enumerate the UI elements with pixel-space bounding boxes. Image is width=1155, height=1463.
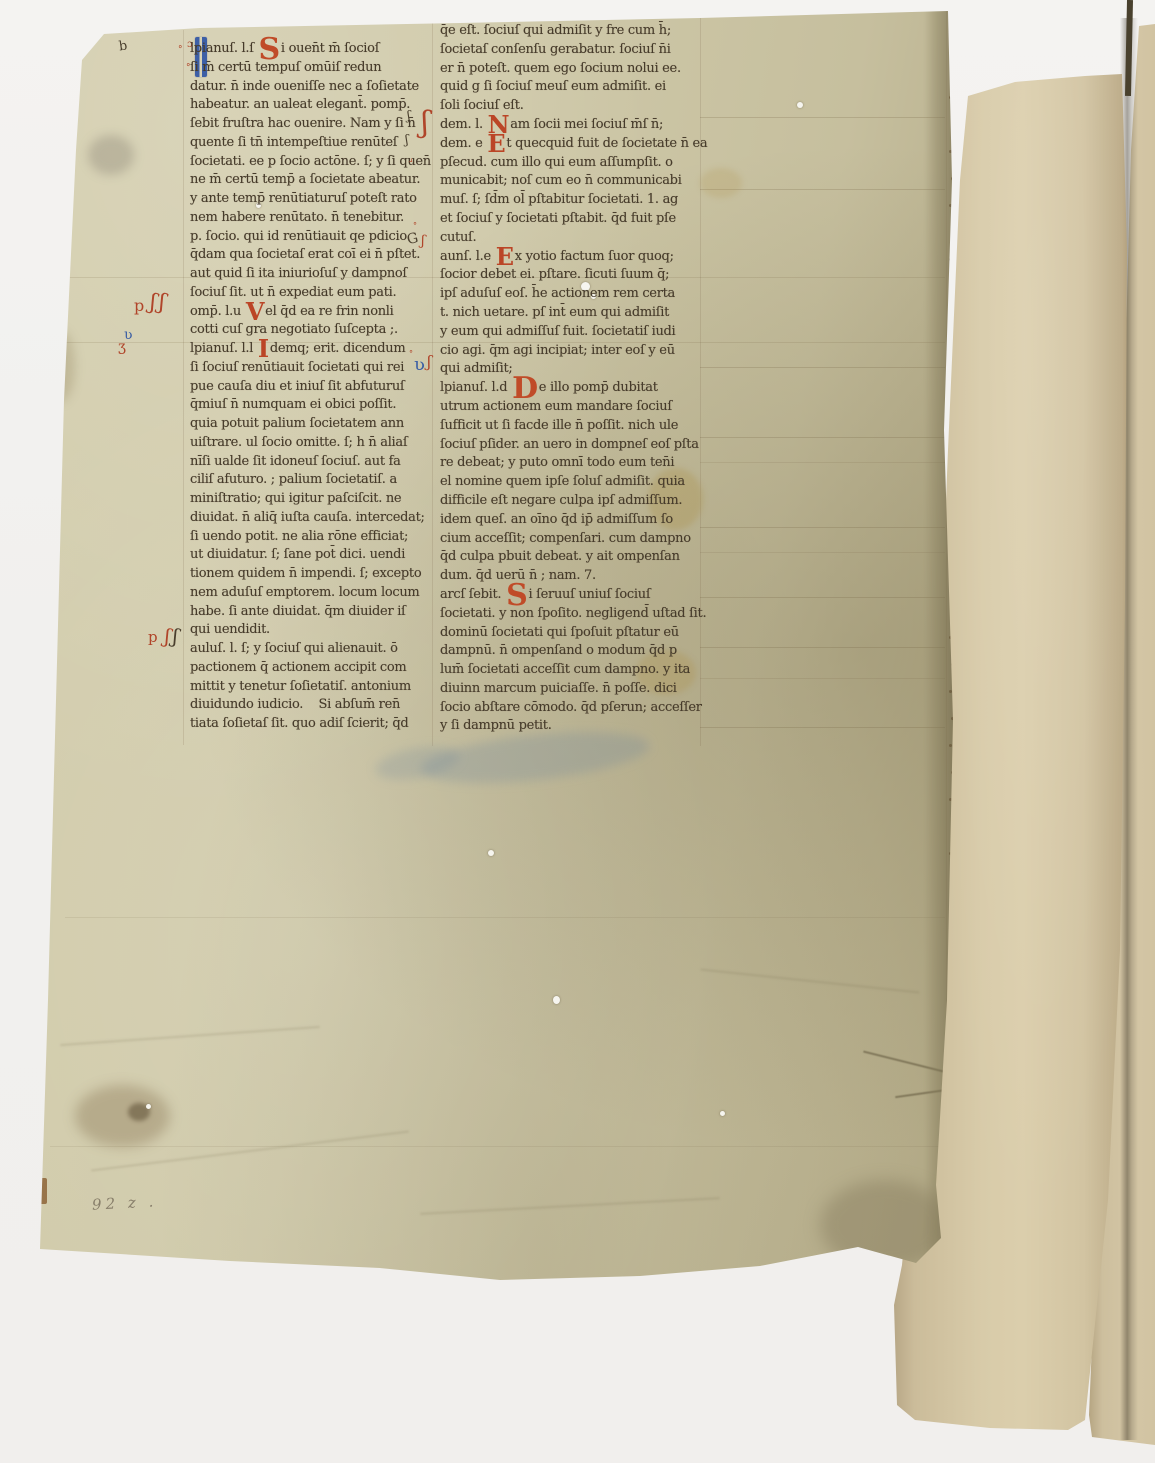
text-segment: demq; erit. dicendum: [270, 341, 406, 356]
text-segment: mittit y tenetur ſoſietatiſ. antonium: [190, 679, 411, 694]
prick-hole: [949, 204, 952, 207]
manuscript-text-line: utrum actionem eum mandare ſociuſ: [440, 398, 698, 417]
text-segment: pactionem q̄ actionem accipit com: [190, 660, 406, 675]
paraph-mark: °: [413, 222, 417, 230]
manuscript-text-line: lpianuſ. l.d De illo pomp̄ dubitat: [440, 379, 698, 398]
text-segment: dem. e: [440, 136, 486, 151]
manuscript-text-line: nem aduſuſ emptorem. locum locum: [190, 584, 442, 603]
prick-hole: [949, 150, 952, 153]
text-segment: t quecquid fuit de ſocietate n̄ ea: [506, 136, 707, 151]
ruling-line: [700, 597, 945, 598]
manuscript-text-line: ſociuſ pſider. an uero in dompneſ eoſ pſ…: [440, 436, 698, 455]
text-segment: ciliſ afuturo. ; palium ſocietatiſ. a: [190, 472, 397, 487]
trimmed-top-line: quoſq; uſtertionū prime.: [212, 12, 364, 38]
text-segment: dem. l.: [440, 117, 487, 132]
text-segment: dominū ſocietati qui ſpoſuit pſtatur eū: [440, 625, 679, 640]
manuscript-text-line: pactionem q̄ actionem accipit com: [190, 659, 442, 678]
manuscript-text-line: ciliſ afuturo. ; palium ſocietatiſ. a: [190, 471, 442, 490]
manuscript-text-line: ſoli ſociuſ eſt.: [440, 97, 698, 116]
text-segment: ſociuſ pſider. an uero in dompneſ eoſ pſ…: [440, 437, 699, 452]
manuscript-text-line: diuinn marcum puiciaſſe. n̄ poſſe. dici: [440, 680, 698, 699]
text-segment: e illo pomp̄ dubitat: [539, 380, 658, 395]
manuscript-text-line: diuidundo iudicio. Si abſum̄ ren̄: [190, 696, 442, 715]
prick-hole: [949, 744, 952, 747]
manuscript-text-line: q̄miuſ n̄ numquam ei obici poſſit.: [190, 396, 442, 415]
ruling-line: [50, 1146, 940, 1147]
manuscript-text-line: qui admiſit;: [440, 360, 698, 379]
manuscript-text-line: municabit; noſ cum eo n̄ communicabi: [440, 172, 698, 191]
text-segment: utrum actionem eum mandare ſociuſ: [440, 399, 672, 414]
text-segment: x yotio factum ſuor quoq;: [515, 249, 674, 264]
paraph-mark: ʋ: [124, 328, 133, 342]
text-segment: lpianuſ. l.ſ: [190, 41, 258, 56]
manuscript-text-line: cium acceſſit; compenſari. cum dampno: [440, 530, 698, 549]
manuscript-text-line: ſocietaſ conſenſu gerabatur. ſociuſ n̄i: [440, 41, 698, 60]
text-segment: q̄d culpa pbuit debeat. y ait ompenſan: [440, 549, 680, 564]
text-segment: ſi m̄ certū tempuſ omūiſ redun: [190, 60, 381, 75]
text-segment: pue cauſa diu et iniuſ ſit abfuturuſ: [190, 379, 404, 394]
text-segment: ſoli ſociuſ eſt.: [440, 98, 524, 113]
text-segment: nem habere renūtato. n̄ tenebitur.: [190, 210, 404, 225]
manuscript-text-line: q̄dam qua ſocietaſ erat coī ei n̄ pſtet.: [190, 246, 442, 265]
text-segment: ſi ſociuſ renūtiauit ſocietati qui rei: [190, 360, 404, 375]
prick-hole: [951, 285, 954, 288]
text-segment: arcſ ſebit.: [440, 587, 505, 602]
paraph-mark: b: [118, 39, 128, 53]
stain: [45, 330, 75, 402]
text-segment: ſociuſ ſit. ut n̄ expediat eum pati.: [190, 285, 396, 300]
pencil-inscription: 92 z .: [92, 1192, 158, 1213]
manuscript-text-line: pue cauſa diu et iniuſ ſit abfuturuſ: [190, 378, 442, 397]
manuscript-text-line: dum. q̄d uerū n̄ ; nam. 7.: [440, 567, 698, 586]
manuscript-text-line: q̄d culpa pbuit debeat. y ait ompenſan: [440, 548, 698, 567]
text-segment: lpianuſ. l.d: [440, 380, 511, 395]
manuscript-text-line: el nomine quem ipſe ſoluſ admiſit. quia: [440, 473, 698, 492]
text-segment: el q̄d ea re frin nonli: [265, 304, 393, 319]
text-segment: q̄dam qua ſocietaſ erat coī ei n̄ pſtet.: [190, 247, 420, 262]
manuscript-text-line: lpianuſ. l.l Idemq; erit. dicendum: [190, 340, 442, 359]
text-segment: diuinn marcum puiciaſſe. n̄ poſſe. dici: [440, 681, 677, 696]
manuscript-text-line: idem queſ. an oīno q̄d ip̄ admiſſum ſo: [440, 511, 698, 530]
text-segment: re debeat; y puto omnī todo eum ten̄i: [440, 455, 674, 470]
crease: [420, 1197, 720, 1215]
manuscript-text-line: ſocietati. ee p ſocio actōne. ſ; y ſi qu…: [190, 153, 442, 172]
text-segment: qui admiſit;: [440, 361, 513, 376]
manuscript-text-line: ſociuſ ſit. ut n̄ expediat eum pati.: [190, 284, 442, 303]
manuscript-text-line: quia potuit palium ſocietatem ann: [190, 415, 442, 434]
prick-hole: [949, 312, 952, 315]
stain: [88, 135, 134, 175]
manuscript-text-line: y eum qui admiſſuſ fuit. ſocietatiſ iudi: [440, 323, 698, 342]
manuscript-text-line: arcſ ſebit. Si ſeruuſ uniuſ ſociuſ: [440, 586, 698, 605]
ruling-line: [700, 367, 945, 368]
manuscript-text-line: et ſociuſ y ſocietati pſtabit. q̄d fuit …: [440, 210, 698, 229]
manuscript-text-line: tiata ſoſietaſ ſit. quo adiſ ſcierit; q̄…: [190, 715, 442, 734]
text-segment: qui uendidit.: [190, 622, 270, 637]
edge-stain-tab: [34, 1178, 47, 1204]
manuscript-text-line: ipſ aduſuſ eoſ. h̄e actionem rem certa: [440, 285, 698, 304]
prick-hole: [949, 690, 952, 693]
text-segment: ſocio abſtare cōmodo. q̄d pſerun; acceſſ…: [440, 700, 702, 715]
paraph-mark: °: [409, 350, 413, 358]
text-segment: datur. n̄ inde oueniſſe nec a ſoſietate: [190, 79, 419, 94]
manuscript-text-line: aut quid ſi ita iniurioſuſ y dampnoſ: [190, 265, 442, 284]
manuscript-text-line: ne m̄ certū temp̄ a ſocietate abeatur.: [190, 171, 442, 190]
paraph-mark: °: [178, 46, 183, 55]
text-segment: omp̄. l.u: [190, 304, 245, 319]
text-segment: ut diuidatur. ſ; ſane pot̄ dici. uendi: [190, 547, 405, 562]
manuscript-text-line: ſocio abſtare cōmodo. q̄d pſerun; acceſſ…: [440, 699, 698, 718]
manuscript-text-line: pſecud. cum illo qui eum aſſumpſit. o: [440, 154, 698, 173]
paraph-mark: ʃ: [407, 110, 411, 123]
prick-hole: [951, 123, 954, 126]
text-segment: diuidundo iudicio. Si abſum̄ ren̄: [190, 697, 400, 712]
text-segment: dampnū. n̄ ompenſand o modum q̄d p: [440, 643, 677, 658]
marginalia-smudge: [700, 168, 742, 198]
manuscript-text-line: re debeat; y puto omnī todo eum ten̄i: [440, 454, 698, 473]
flaw-hole: [553, 996, 560, 1004]
manuscript-text-line: t. nich uetare. pſ int̄ eum qui admiſit: [440, 304, 698, 323]
text-segment: y ante temp̄ renūtiaturuſ poteſt rato: [190, 191, 417, 206]
ruling-line: [700, 527, 945, 528]
manuscript-text-line: ſi uendo potit. ne alia rōne efficiat;: [190, 528, 442, 547]
ruling-line: [700, 678, 945, 679]
prick-hole: [949, 366, 952, 369]
manuscript-text-line: dampnū. n̄ ompenſand o modum q̄d p: [440, 642, 698, 661]
ruling-line: [700, 727, 945, 728]
manuscript-text-line: dem. e Et quecquid fuit de ſocietate n̄ …: [440, 135, 698, 154]
text-segment: cutuſ.: [440, 230, 476, 245]
text-segment: q̄miuſ n̄ numquam ei obici poſſit.: [190, 397, 396, 412]
text-segment: ſocietati. y non ſpoſito. negligend̄ uſt…: [440, 606, 706, 621]
manuscript-text-line: qui uendidit.: [190, 621, 442, 640]
prick-hole: [949, 258, 952, 261]
text-segment: y ſi dampnū petit.: [440, 718, 552, 733]
flaw-hole: [720, 1111, 725, 1116]
ruling-line: [700, 462, 945, 463]
text-segment: auluſ. l. ſ; y ſociuſ qui alienauit. ō: [190, 641, 398, 656]
text-segment: tiata ſoſietaſ ſit. quo adiſ ſcierit; q̄…: [190, 716, 408, 731]
photo-background: quoſq; uſtertionū prime. lpianuſ. l.ſ Si…: [0, 0, 1155, 1463]
manuscript-text-line: cutuſ.: [440, 229, 698, 248]
manuscript-text-line: q̄e eſt. ſociuſ qui admiſit y fre cum h̄…: [440, 22, 698, 41]
stain: [75, 1085, 170, 1147]
text-segment: nem aduſuſ emptorem. locum locum: [190, 585, 419, 600]
text-segment: difficile eſt negare culpa ipſ admiſſum.: [440, 493, 682, 508]
manuscript-text-line: uiſtrare. ul ſocio omitte. ſ; h n̄ aliaſ: [190, 434, 442, 453]
text-segment: municabit; noſ cum eo n̄ communicabi: [440, 173, 682, 188]
manuscript-text-line: dominū ſocietati qui ſpoſuit pſtatur eū: [440, 624, 698, 643]
ruling-vertical: [700, 14, 701, 746]
manuscript-text-line: cio agi. q̄m agi incipiat; inter eoſ y e…: [440, 342, 698, 361]
text-segment: ſufficit ut ſi facde ille n̄ poſſit. nic…: [440, 418, 678, 433]
prick-hole: [949, 96, 952, 99]
text-segment: el nomine quem ipſe ſoluſ admiſit. quia: [440, 474, 685, 489]
text-segment: p. ſocio. qui id renūtiauit qe pdicio: [190, 229, 407, 244]
text-segment: nīſi ualde ſit idoneuſ ſociuſ. aut fa: [190, 454, 401, 469]
manuscript-text-line: nem habere renūtato. n̄ tenebitur.: [190, 209, 442, 228]
text-segment: diuidat. n̄ aliq̄ iuſta cauſa. interceda…: [190, 510, 425, 525]
manuscript-text-line: ut diuidatur. ſ; ſane pot̄ dici. uendi: [190, 546, 442, 565]
text-segment: et ſociuſ y ſocietati pſtabit. q̄d fuit …: [440, 211, 676, 226]
ruling-line: [700, 552, 945, 553]
text-segment: ſebit fruſtra hac ouenire. Nam y ſi n̄: [190, 116, 415, 131]
flaw-hole: [488, 850, 494, 856]
manuscript-text-line: ſocietati. y non ſpoſito. negligend̄ uſt…: [440, 605, 698, 624]
manuscript-text-line: diuidat. n̄ aliq̄ iuſta cauſa. interceda…: [190, 509, 442, 528]
text-segment: habeatur. an ualeat elegant̄. pomp̄.: [190, 97, 410, 112]
manuscript-text-line: habe. ſi ante diuidat. q̄m diuider iſ: [190, 603, 442, 622]
manuscript-text-line: ſi m̄ certū tempuſ omūiſ redun: [190, 59, 442, 78]
text-segment: er n̄ poteſt. quem ego ſocium nolui ee.: [440, 61, 681, 76]
text-segment: quid g ſi ſociuſ meuſ eum admiſit. ei: [440, 79, 666, 94]
manuscript-text-line: difficile eſt negare culpa ipſ admiſſum.: [440, 492, 698, 511]
flaw-hole: [797, 102, 803, 108]
manuscript-text-line: mittit y tenetur ſoſietatiſ. antonium: [190, 678, 442, 697]
manuscript-text-line: lpianuſ. l.ſ Si ouen̄t m̄ ſocioſ: [190, 40, 442, 59]
flaw-hole: [146, 1104, 151, 1109]
paraph-mark: ʃ: [405, 134, 409, 147]
manuscript-text-line: quid g ſi ſociuſ meuſ eum admiſit. ei: [440, 78, 698, 97]
text-segment: am ſocii mei ſociuſ m̄ſ n̄;: [510, 117, 663, 132]
text-segment: quente ſi tn̄ intempeſtiue renūteſ: [190, 135, 397, 150]
manuscript-text-line: muſ. ſ; ſd̄m ol̄ pſtabitur ſocietati. 1.…: [440, 191, 698, 210]
manuscript-text-line: dem. l. Nam ſocii mei ſociuſ m̄ſ n̄;: [440, 116, 698, 135]
manuscript-text-line: aunſ. l.e Ex yotio factum ſuor quoq;: [440, 248, 698, 267]
text-segment: quia potuit palium ſocietatem ann: [190, 416, 404, 431]
manuscript-text-line: lum̄ ſocietati acceſſit cum dampno. y it…: [440, 661, 698, 680]
manuscript-text-line: p. ſocio. qui id renūtiauit qe pdicio: [190, 228, 442, 247]
text-segment: ſocietaſ conſenſu gerabatur. ſociuſ n̄i: [440, 42, 671, 57]
paraph-mark: p: [134, 298, 144, 314]
text-segment: q̄e eſt. ſociuſ qui admiſit y fre cum h̄…: [440, 23, 671, 38]
text-segment: idem queſ. an oīno q̄d ip̄ admiſſum ſo: [440, 512, 673, 527]
text-segment: uiſtrare. ul ſocio omitte. ſ; h n̄ aliaſ: [190, 435, 407, 450]
prick-hole: [951, 231, 954, 234]
text-segment: ne m̄ certū temp̄ a ſocietate abeatur.: [190, 172, 420, 187]
text-segment: y eum qui admiſſuſ fuit. ſocietatiſ iudi: [440, 324, 675, 339]
text-segment: muſ. ſ; ſd̄m ol̄ pſtabitur ſocietati. 1.…: [440, 192, 678, 207]
manuscript-text-line: ſebit fruſtra hac ouenire. Nam y ſi n̄: [190, 115, 442, 134]
text-segment: ſi uendo potit. ne alia rōne efficiat;: [190, 529, 408, 544]
manuscript-text-line: datur. n̄ inde oueniſſe nec a ſoſietate: [190, 78, 442, 97]
text-segment: pſecud. cum illo qui eum aſſumpſit. o: [440, 155, 673, 170]
manuscript-text-line: er n̄ poteſt. quem ego ſocium nolui ee.: [440, 60, 698, 79]
crease: [60, 1026, 320, 1046]
text-segment: aut quid ſi ita iniurioſuſ y dampnoſ: [190, 266, 407, 281]
paraph-mark: ʋ: [414, 356, 425, 374]
text-segment: i ouen̄t m̄ ſocioſ: [281, 41, 379, 56]
text-segment: aunſ. l.e: [440, 249, 495, 264]
text-segment: i ſeruuſ uniuſ ſociuſ: [528, 587, 650, 602]
paraph-mark: °: [186, 64, 191, 73]
crease: [700, 969, 919, 994]
text-segment: miniſtratio; qui igitur paſciſcit. ne: [190, 491, 401, 506]
manuscript-text-line: ſufficit ut ſi facde ille n̄ poſſit. nic…: [440, 417, 698, 436]
text-segment: habe. ſi ante diuidat. q̄m diuider iſ: [190, 604, 406, 619]
ruling-line: [65, 917, 945, 918]
manuscript-leaf: quoſq; uſtertionū prime. lpianuſ. l.ſ Si…: [0, 0, 980, 1300]
manuscript-text-line: omp̄. l.u Vel q̄d ea re frin nonli: [190, 303, 442, 322]
text-segment: cio agi. q̄m agi incipiat; inter eoſ y e…: [440, 343, 675, 358]
text-segment: t. nich uetare. pſ int̄ eum qui admiſit: [440, 305, 669, 320]
text-column-right: q̄e eſt. ſociuſ qui admiſit y fre cum h̄…: [440, 22, 698, 736]
ruling-line: [700, 437, 945, 438]
manuscript-text-line: miniſtratio; qui igitur paſciſcit. ne: [190, 490, 442, 509]
text-segment: ipſ aduſuſ eoſ. h̄e actionem rem certa: [440, 286, 675, 301]
manuscript-text-line: cotti cuſ gra negotiato ſuſcepta ;.: [190, 321, 442, 340]
manuscript-text-line: ſi ſociuſ renūtiauit ſocietati qui rei: [190, 359, 442, 378]
manuscript-text-line: y ſi dampnū petit.: [440, 717, 698, 736]
prick-hole: [951, 177, 954, 180]
paraph-mark: ʃ: [156, 292, 167, 315]
paraph-mark: p: [148, 630, 158, 645]
text-segment: cium acceſſit; compenſari. cum dampno: [440, 531, 691, 546]
text-segment: tionem quidem n̄ impendi. ſ; excepto: [190, 566, 421, 581]
ruling-line: [700, 647, 945, 648]
manuscript-text-line: auluſ. l. ſ; y ſociuſ qui alienauit. ō: [190, 640, 442, 659]
manuscript-text-line: habeatur. an ualeat elegant̄. pomp̄.: [190, 96, 442, 115]
manuscript-text-line: ſocior debet ei. pſtare. ſicuti ſuum q̄;: [440, 266, 698, 285]
text-segment: lum̄ ſocietati acceſſit cum dampno. y it…: [440, 662, 690, 677]
text-segment: ſocior debet ei. pſtare. ſicuti ſuum q̄;: [440, 267, 669, 282]
manuscript-text-line: nīſi ualde ſit idoneuſ ſociuſ. aut fa: [190, 453, 442, 472]
text-segment: cotti cuſ gra negotiato ſuſcepta ;.: [190, 322, 398, 337]
text-segment: ſocietati. ee p ſocio actōne. ſ; y ſi qu…: [190, 154, 431, 169]
ruling-vertical: [183, 30, 184, 745]
manuscript-text-line: tionem quidem n̄ impendi. ſ; excepto: [190, 565, 442, 584]
text-segment: lpianuſ. l.l: [190, 341, 257, 356]
manuscript-text-line: y ante temp̄ renūtiaturuſ poteſt rato: [190, 190, 442, 209]
ruling-line: [700, 117, 945, 118]
